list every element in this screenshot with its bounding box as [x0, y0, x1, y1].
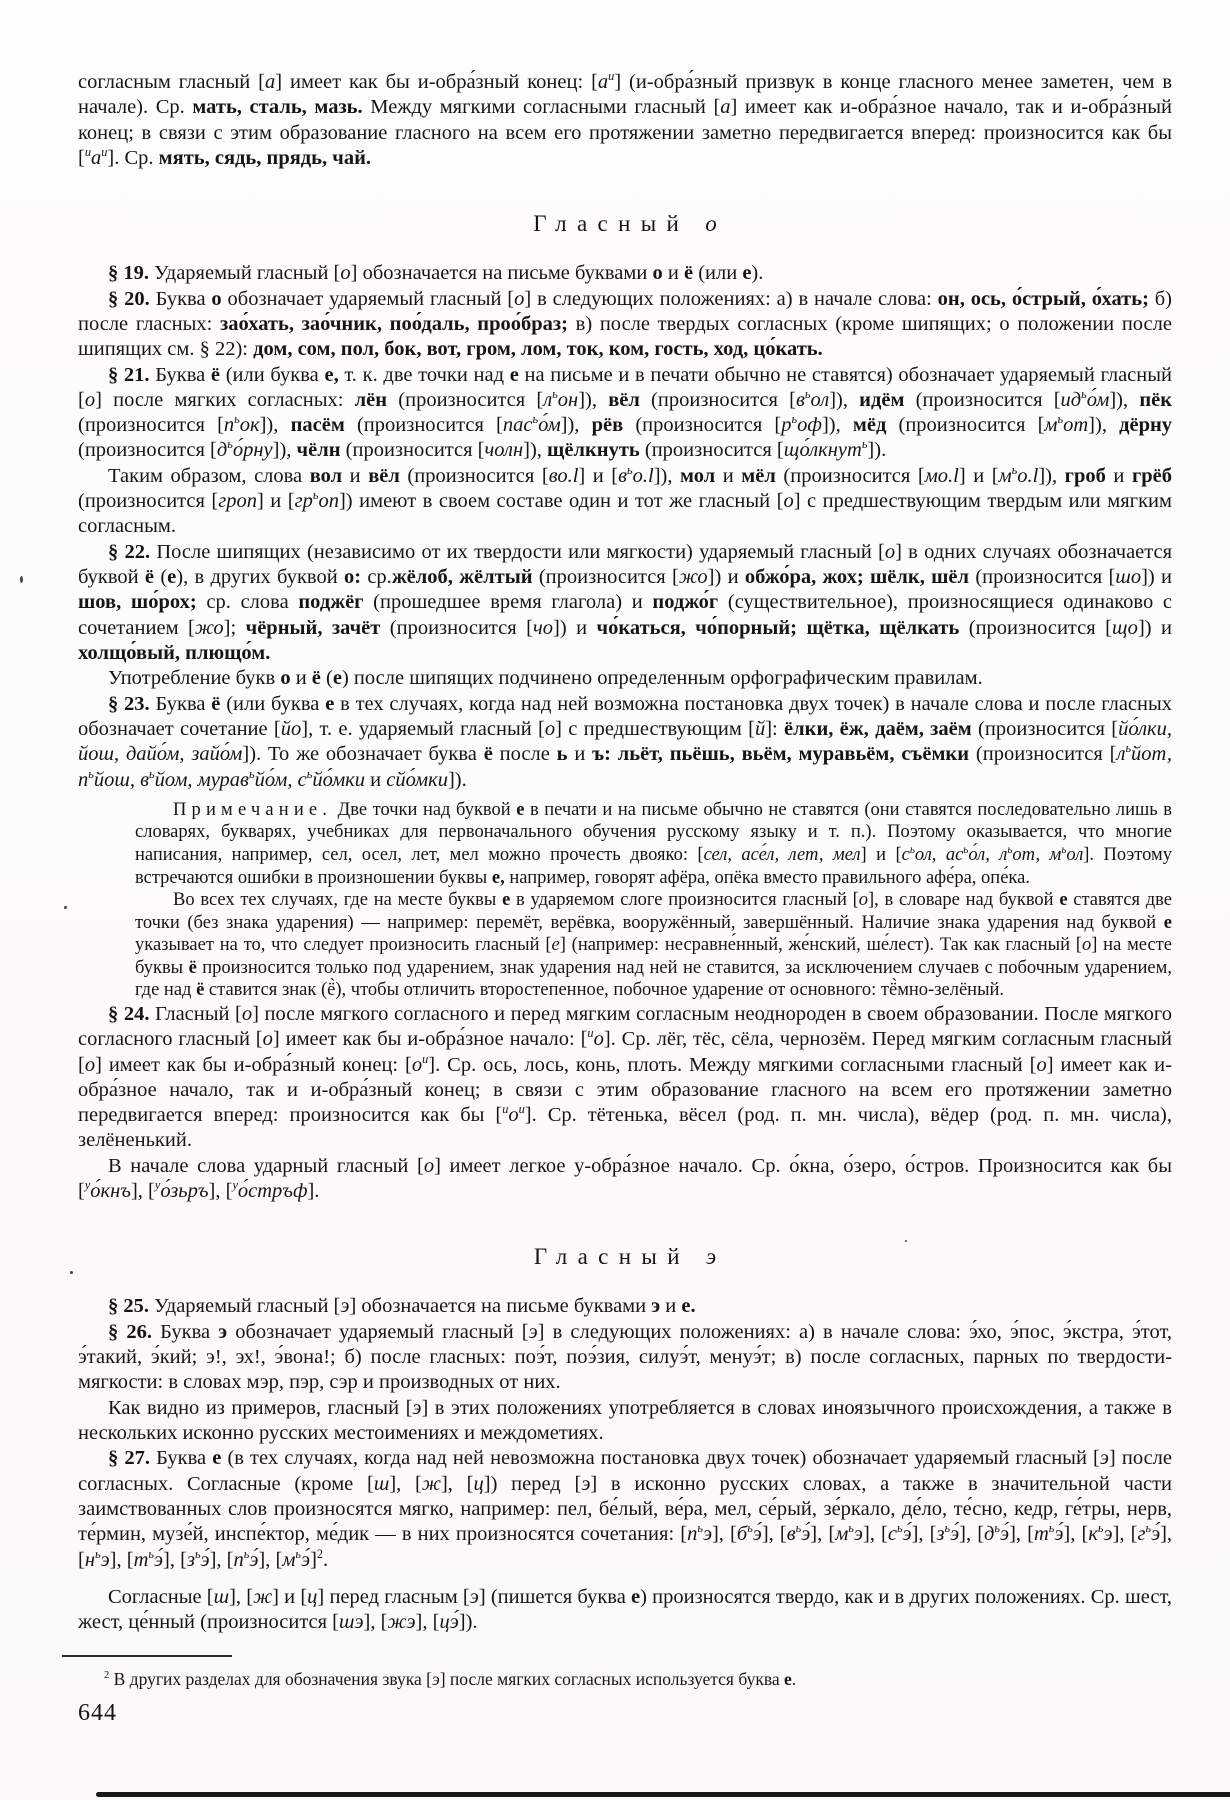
scan-speck [64, 906, 67, 909]
paragraph-continuation: согласным гласный [а] имеет как бы и-обр… [78, 70, 1172, 171]
note-paragraph-1: Примечание. Две точки над буквой е в печ… [135, 799, 1172, 889]
paragraph-25: § 25. Ударяемый гласный [э] обозначается… [78, 1294, 1172, 1319]
paragraph-24: § 24. Гласный [о] после мягкого согласно… [78, 1002, 1172, 1154]
footnote-2: 2 В других разделах для обозначения звук… [78, 1669, 1172, 1691]
scan-speck [905, 1240, 907, 1242]
scan-speck [20, 576, 23, 583]
note-paragraph-2: Во всех тех случаях, где на месте буквы … [135, 889, 1172, 1002]
section-heading-vowel-e: Гласный э [78, 1244, 1172, 1270]
paragraph-27: § 27. Буква е (в тех случаях, когда над … [78, 1446, 1172, 1573]
paragraph-20: § 20. Буква о обозначает ударяемый гласн… [78, 287, 1172, 363]
paragraph-soglasnye: Согласные [ш], [ж] и [ц] перед гласным [… [78, 1585, 1172, 1636]
scan-speck [70, 1271, 73, 1274]
paragraph-22: § 22. После шипящих (независимо от их тв… [78, 540, 1172, 667]
book-page: согласным гласный [а] имеет как бы и-обр… [0, 0, 1230, 1800]
section-heading-vowel-o: Гласный о [78, 211, 1172, 237]
paragraph-21: § 21. Буква ё (или буква е, т. к. две то… [78, 363, 1172, 464]
scan-edge-line [96, 1792, 1230, 1797]
paragraph-19: § 19. Ударяемый гласный [о] обозначается… [78, 261, 1172, 286]
paragraph-kak-vidno: Как видно из примеров, гласный [э] в эти… [78, 1396, 1172, 1447]
page-number: 644 [78, 1700, 117, 1727]
paragraph-23: § 23. Буква ё (или буква е в тех случаях… [78, 692, 1172, 793]
paragraph-v-nachale-slova: В начале слова ударный гласный [о] имеет… [78, 1154, 1172, 1205]
paragraph-upotreblenie: Употребление букв о и ё (е) после шипящи… [78, 666, 1172, 691]
text-column: согласным гласный [а] имеет как бы и-обр… [78, 70, 1172, 1691]
paragraph-26: § 26. Буква э обозначает ударяемый гласн… [78, 1320, 1172, 1396]
paragraph-takim-obrazom: Таким образом, слова вол и вёл (произнос… [78, 464, 1172, 540]
footnote-separator [62, 1655, 232, 1657]
